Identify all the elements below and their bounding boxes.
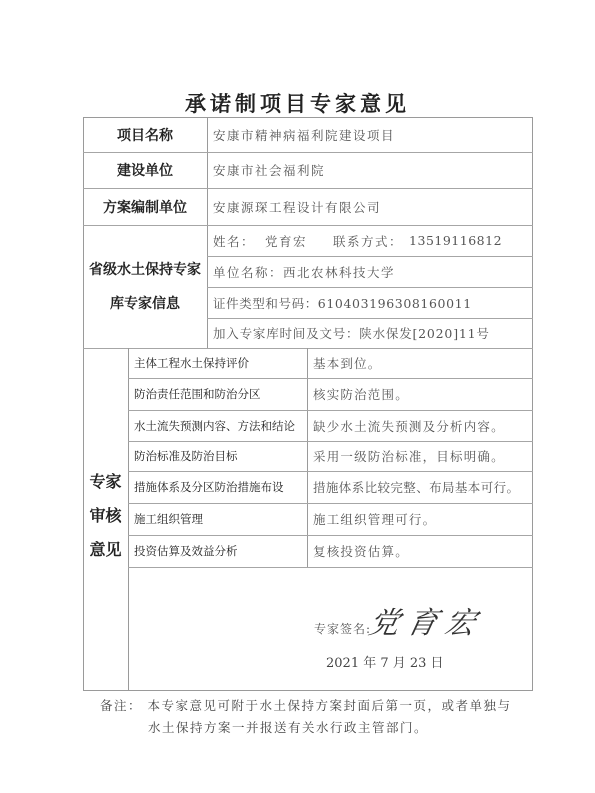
expert-name-label: 姓名： [213, 232, 255, 250]
project-name-value: 安康市精神病福利院建设项目 [207, 117, 533, 152]
expert-join-info: 加入专家库时间及文号：陕水保发[2020]11号 [207, 318, 533, 348]
criterion-measures: 措施体系及分区防治措施布设 [128, 471, 307, 503]
page-title: 承诺制项目专家意见 [0, 88, 595, 118]
plan-unit-label: 方案编制单位 [83, 188, 207, 225]
signature-date: 2021 年 7 月 23 日 [326, 652, 444, 671]
footnote-line2: 水土保持方案一并报送有关水行政主管部门。 [100, 717, 511, 739]
opinion-scope: 核实防治范围。 [307, 378, 533, 410]
plan-unit-value: 安康源琛工程设计有限公司 [207, 188, 533, 225]
criterion-standard: 防治标准及防治目标 [128, 441, 307, 471]
project-name-label: 项目名称 [83, 117, 207, 152]
opinion-measures: 措施体系比较完整、布局基本可行。 [307, 471, 533, 503]
expert-contact-label: 联系方式： [333, 232, 403, 250]
table-divider [128, 567, 533, 568]
criterion-scope: 防治责任范围和防治分区 [128, 378, 307, 410]
expert-info-label-line1: 省级水土保持专家 [89, 253, 201, 287]
criterion-construction-management: 施工组织管理 [128, 503, 307, 535]
criterion-investment: 投资估算及效益分析 [128, 535, 307, 567]
expert-name: 党育宏 [265, 232, 307, 250]
expert-contact: 13519116812 [409, 233, 502, 248]
opinion-investment: 复核投资估算。 [307, 535, 533, 567]
opinion-standard: 采用一级防治标准，目标明确。 [307, 441, 533, 471]
signature-label: 专家签名: [314, 620, 371, 637]
construction-unit-value: 安康市社会福利院 [207, 152, 533, 188]
opinion-construction-management: 施工组织管理可行。 [307, 503, 533, 535]
expert-unit: 单位名称：西北农林科技大学 [207, 256, 533, 287]
expert-signature: 党育宏 [365, 598, 488, 642]
criterion-main-works: 主体工程水土保持评价 [128, 348, 307, 378]
construction-unit-label: 建设单位 [83, 152, 207, 188]
expert-name-row: 姓名： 党育宏 联系方式： 13519116812 [207, 225, 533, 256]
expert-id: 证件类型和号码：610403196308160011 [207, 287, 533, 318]
review-label: 专家 审核 意见 [83, 465, 128, 567]
opinion-erosion-forecast: 缺少水土流失预测及分析内容。 [307, 410, 533, 441]
opinion-main-works: 基本到位。 [307, 348, 533, 378]
footnote: 备注： 本专家意见可附于水土保持方案封面后第一页，或者单独与 水土保持方案一并报… [100, 695, 511, 739]
criterion-erosion-forecast: 水土流失预测内容、方法和结论 [128, 410, 307, 441]
expert-info-label: 省级水土保持专家 库专家信息 [83, 225, 207, 348]
expert-info-label-line2: 库专家信息 [110, 287, 180, 321]
footnote-line1: 备注： 本专家意见可附于水土保持方案封面后第一页，或者单独与 [100, 695, 511, 717]
